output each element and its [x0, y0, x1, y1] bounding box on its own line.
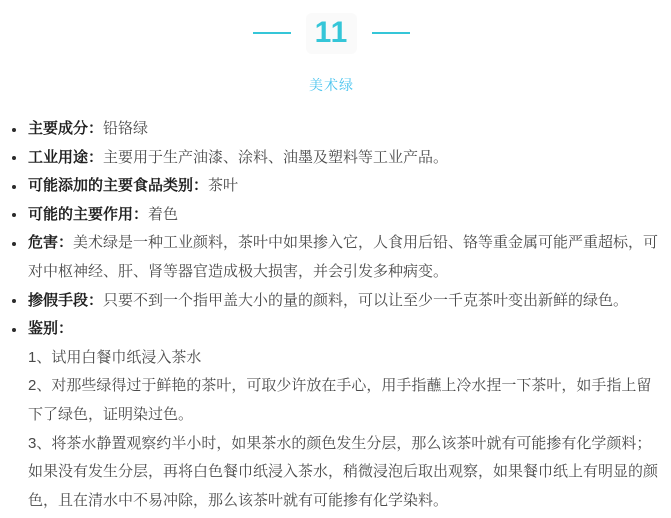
item-label: 可能添加的主要食品类别： [28, 177, 208, 194]
item-label: 掺假手段： [28, 292, 103, 309]
list-item-identification: 鉴别： [0, 315, 663, 344]
list-item-industrial-use: 工业用途：主要用于生产油漆、涂料、油墨及塑料等工业产品。 [0, 144, 663, 173]
item-label: 工业用途： [28, 149, 103, 166]
section-number: 11 [306, 13, 358, 54]
list-item-food-category: 可能添加的主要食品类别：茶叶 [0, 172, 663, 201]
item-label: 主要成分： [28, 120, 103, 137]
info-list: 主要成分：铅铬绿 工业用途：主要用于生产油漆、涂料、油墨及塑料等工业产品。 可能… [0, 115, 663, 344]
item-text: 只要不到一个指甲盖大小的量的颜料，可以让至少一千克茶叶变出新鲜的绿色。 [103, 292, 628, 309]
article-page: 11 美术绿 主要成分：铅铬绿 工业用途：主要用于生产油漆、涂料、油墨及塑料等工… [0, 0, 671, 518]
item-text: 美术绿是一种工业颜料，茶叶中如果掺入它，人食用后铅、铬等重金属可能严重超标，可对… [28, 234, 658, 280]
item-label: 危害： [28, 234, 73, 251]
item-text: 茶叶 [208, 177, 238, 194]
list-item-adulteration-method: 掺假手段：只要不到一个指甲盖大小的量的颜料，可以让至少一千克茶叶变出新鲜的绿色。 [0, 287, 663, 316]
header-dash-left-line [253, 32, 291, 34]
list-item-main-ingredient: 主要成分：铅铬绿 [0, 115, 663, 144]
item-label: 可能的主要作用： [28, 206, 148, 223]
identification-step: 2、对那些绿得过于鲜艳的茶叶，可取少许放在手心，用手指蘸上冷水捏一下茶叶，如手指… [0, 372, 663, 429]
item-label: 鉴别： [28, 320, 73, 337]
item-text: 着色 [148, 206, 178, 223]
header-dash-right-line [372, 32, 410, 34]
identification-steps: 1、试用白餐巾纸浸入茶水 2、对那些绿得过于鲜艳的茶叶，可取少许放在手心，用手指… [0, 344, 663, 516]
item-text: 铅铬绿 [103, 120, 148, 137]
section-number-header: 11 [0, 10, 663, 56]
identification-step: 3、将茶水静置观察约半小时，如果茶水的颜色发生分层，那么该茶叶就有可能掺有化学颜… [0, 430, 663, 516]
identification-step: 1、试用白餐巾纸浸入茶水 [0, 344, 663, 373]
item-text: 主要用于生产油漆、涂料、油墨及塑料等工业产品。 [103, 149, 448, 166]
section-title: 美术绿 [0, 75, 663, 95]
list-item-harm: 危害：美术绿是一种工业颜料，茶叶中如果掺入它，人食用后铅、铬等重金属可能严重超标… [0, 229, 663, 286]
list-item-main-effect: 可能的主要作用：着色 [0, 201, 663, 230]
